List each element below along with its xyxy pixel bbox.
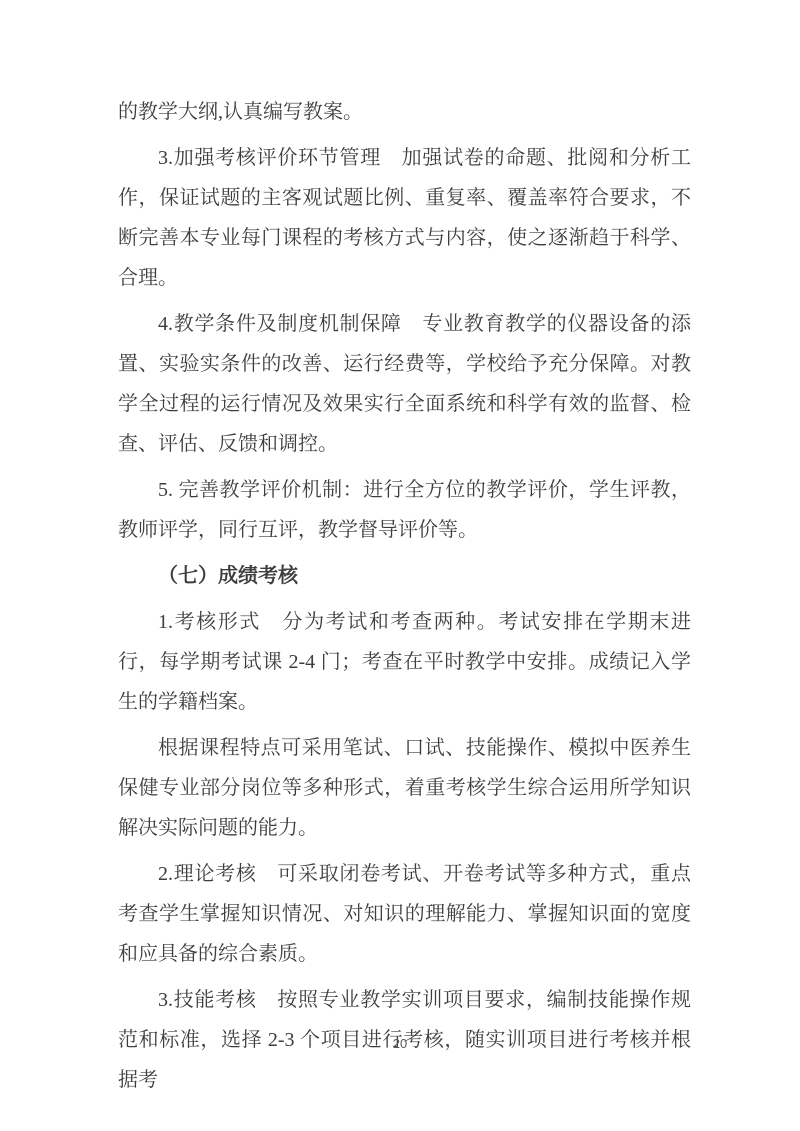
paragraph: 5. 完善教学评价机制：进行全方位的教学评价，学生评教，教师评学，同行互评，教学… (118, 470, 691, 550)
paragraph: 1.考核形式 分为考试和考查两种。考试安排在学期末进行，每学期考试课 2-4 门… (118, 602, 691, 722)
paragraph: 根据课程特点可采用笔试、口试、技能操作、模拟中医养生保健专业部分岗位等多种形式，… (118, 728, 691, 848)
document-page: 的教学大纲,认真编写教案。3.加强考核评价环节管理 加强试卷的命题、批阅和分析工… (0, 0, 800, 1131)
paragraph: 的教学大纲,认真编写教案。 (118, 92, 691, 132)
document-body: 的教学大纲,认真编写教案。3.加强考核评价环节管理 加强试卷的命题、批阅和分析工… (118, 92, 691, 1106)
page-number: 20 (393, 1036, 407, 1051)
paragraph: 4.教学条件及制度机制保障 专业教育教学的仪器设备的添置、实验实条件的改善、运行… (118, 304, 691, 464)
section-heading: （七）成绩考核 (118, 556, 691, 596)
paragraph: 2.理论考核 可采取闭卷考试、开卷考试等多种方式，重点考查学生掌握知识情况、对知… (118, 854, 691, 974)
paragraph: 3.加强考核评价环节管理 加强试卷的命题、批阅和分析工作，保证试题的主客观试题比… (118, 138, 691, 298)
page-footer: 20 (0, 1035, 800, 1053)
